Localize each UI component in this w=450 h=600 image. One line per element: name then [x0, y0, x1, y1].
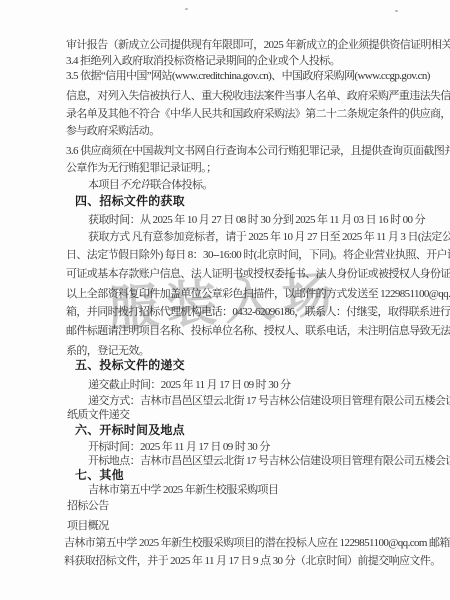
doc-line: 开标地点：吉林市昌邑区望云北街 17 号吉林公信建设项目管理有限公司五楼会议室。	[88, 455, 450, 468]
doc-line: 料获取招标文件，并于 2025 年 11 月 17 日 9 点 30 分（北京时…	[64, 555, 441, 568]
doc-line: 纸质文件递交	[67, 409, 129, 422]
section-heading: 六、开标时间及地点	[75, 424, 185, 437]
doc-line: 公章作为无行贿犯罪记录证明。；	[66, 162, 217, 175]
doc-line: 获取时间：从 2025 年 10 月 27 日 08 时 30 分到 2025 …	[88, 214, 425, 227]
doc-line: 招标公告	[67, 500, 109, 513]
section-heading: 四、招标文件的获取	[75, 195, 185, 208]
doc-line: 可证或基本存款账户信息、法人证明书或授权委托书、法人身份证或被授权人身份证复印件	[66, 268, 450, 281]
doc-line: 递交截止时间：2025 年 11 月 17 日 09 时 30 分	[88, 379, 291, 392]
doc-line: 项目概况	[67, 520, 109, 533]
doc-line: 3.5 依据“信用中国”网站(www.creditchina.gov.cn)、中…	[66, 70, 430, 83]
line-text-italic: 不允许	[119, 179, 150, 191]
section-heading: 七、其他	[75, 469, 124, 482]
doc-line: 以上全部资料复印件加盖单位公章彩色扫描件，以邮件的方式发送至 122985110…	[66, 288, 450, 301]
doc-line: 递交方式：吉林市昌邑区望云北街 17 号吉林公信建设项目管理有限公司五楼会议室。	[88, 395, 450, 408]
doc-line: 参与政府采购活动。	[66, 125, 160, 138]
doc-line: 审计报告（新成立公司提供现有年限即可，2025 年新成立的企业须提供资信证明相关…	[66, 39, 450, 52]
doc-line: 信息，对列入失信被执行人、重大税收违法案件当事人名单、政府采购严重违法失信行为记	[66, 90, 450, 103]
line-text: 本项目	[88, 179, 119, 191]
section-heading: 五、投标文件的递交	[75, 359, 185, 372]
line-text: 联合体投标。	[150, 179, 212, 191]
doc-line: 本项目不允许联合体投标。	[88, 179, 213, 192]
doc-line: 录名单及其他不符合《中华人民共和国政府采购法》第二十二条规定条件的供应商，拒绝其	[66, 108, 450, 121]
doc-line: 获取方式 凡有意参加竞标者，请于 2025 年 10 月 27 日至 2025 …	[88, 231, 450, 244]
doc-line: 开标时间：2025 年 11 月 17 日 09 时 30 分	[88, 441, 270, 454]
doc-line: 邮件标题请注明项目名称、投标单位名称、授权人、联系电话，未注明信息导致无法取得联	[66, 325, 450, 338]
doc-line: 吉林市第五中学 2025 年新生校服采购项目的潜在投标人应在 122985110…	[64, 537, 450, 550]
doc-line: 3.6 供应商须在中国裁判文书网自行查询本公司行贿犯罪记录，且提供查询页面截图并…	[66, 145, 450, 158]
scan-speck	[395, 10, 398, 12]
document-page: 服装入场 审计报告（新成立公司提供现有年限即可，2025 年新成立的企业须提供资…	[0, 0, 450, 600]
doc-line: 箱，并同时拨打招标代理机构电话：0432-62096186，联系人：付继雯，取得…	[66, 306, 450, 319]
scan-speck	[185, 8, 188, 10]
doc-line: 吉林市第五中学 2025 年新生校服采购项目	[88, 484, 278, 497]
doc-line: 3.4 拒绝列入政府取消投标资格记录期间的企业或个人投标。	[66, 55, 340, 68]
doc-line: 系的，登记无效。	[66, 345, 149, 358]
doc-line: 日、法定节假日除外) 每日 8：30--16:00 时(北京时间，下同)。将企业…	[66, 249, 450, 262]
